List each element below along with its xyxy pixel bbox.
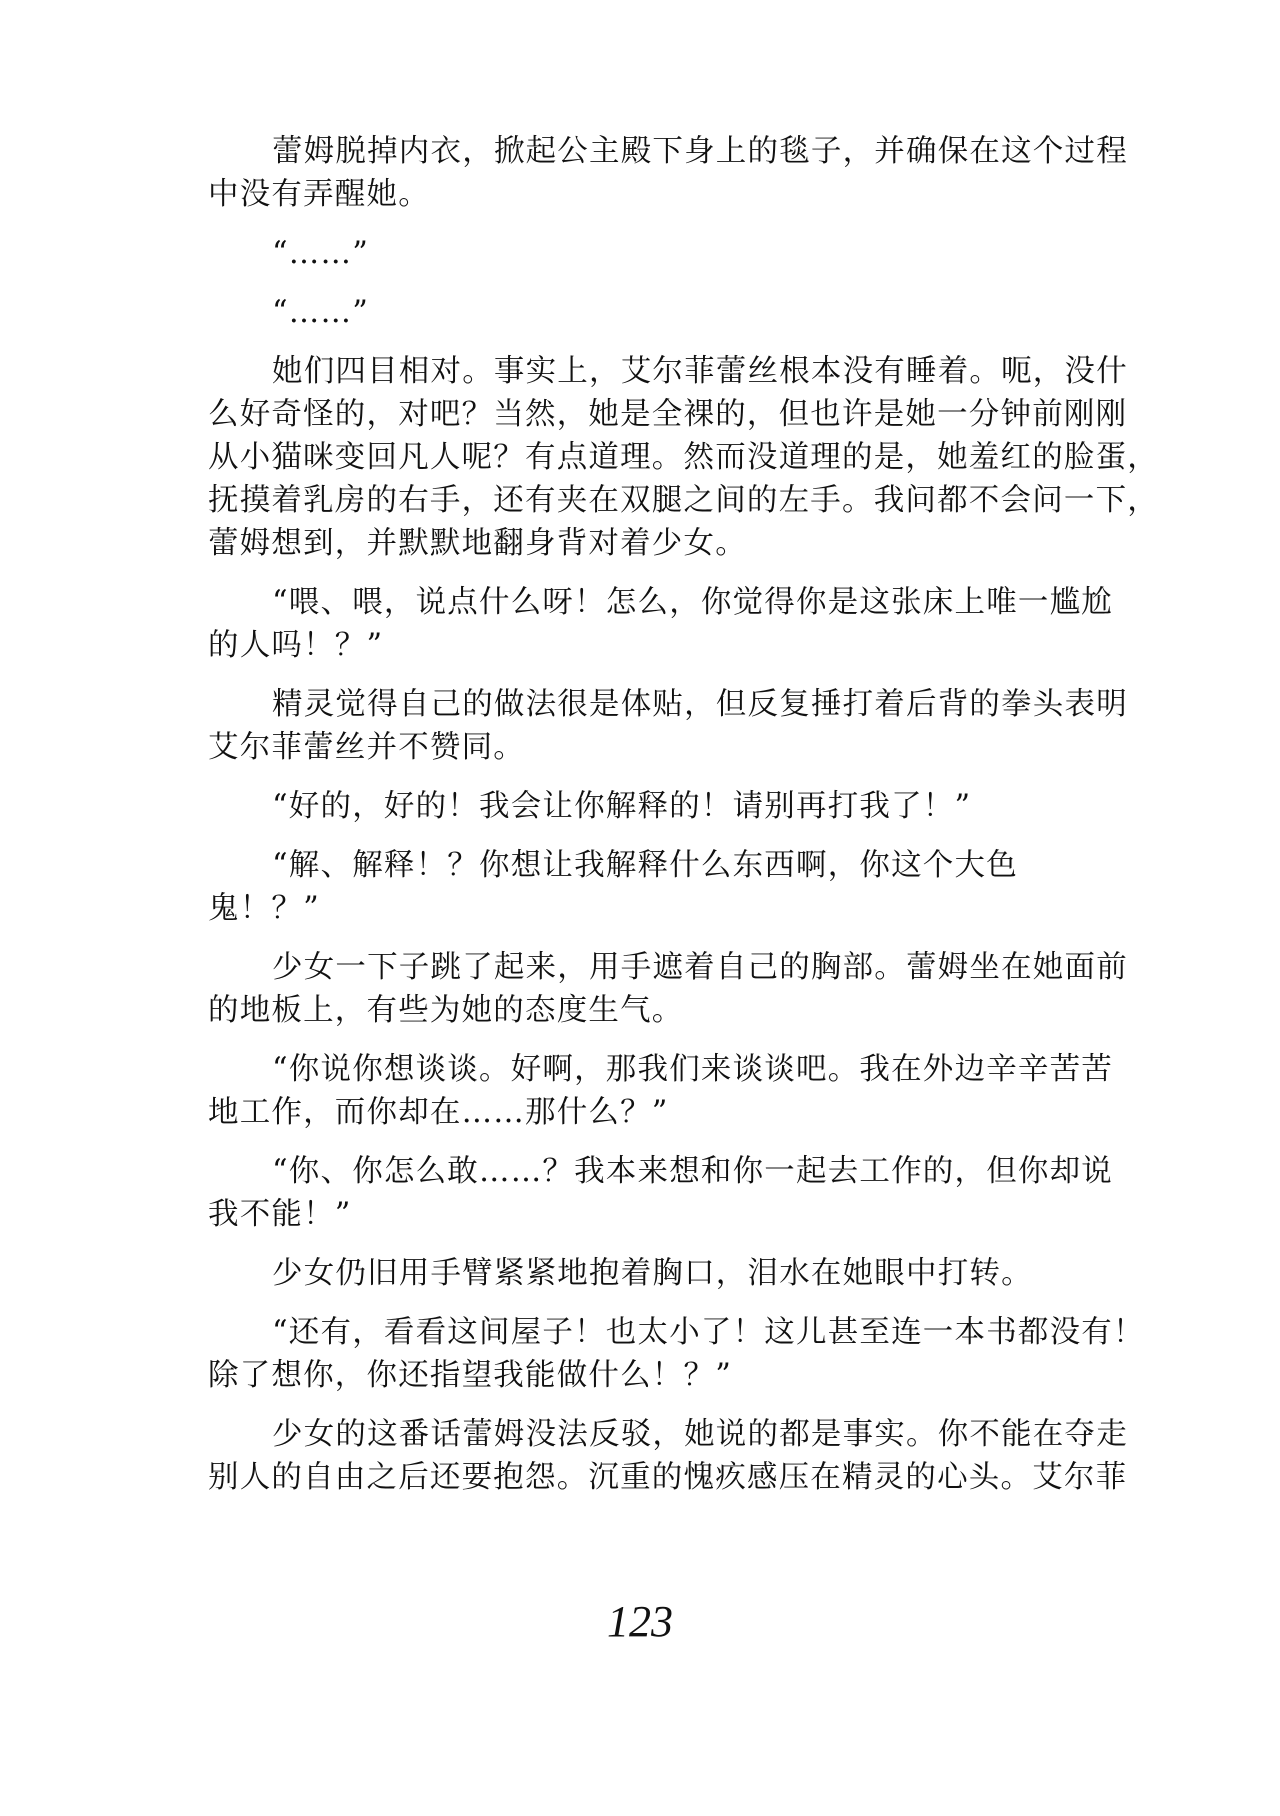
text-line: 蕾姆脱掉内衣，掀起公主殿下身上的毯子，并确保在这个过程 bbox=[208, 130, 1138, 173]
paragraph: 蕾姆脱掉内衣，掀起公主殿下身上的毯子，并确保在这个过程 中没有弄醒她。 bbox=[208, 130, 1138, 216]
dialogue-paragraph: “解、解释！？你想让我解释什么东西啊，你这个大色 鬼！？” bbox=[208, 844, 1138, 930]
dialogue-paragraph: “……” bbox=[208, 232, 1138, 275]
body-text: 蕾姆脱掉内衣，掀起公主殿下身上的毯子，并确保在这个过程 中没有弄醒她。 “……”… bbox=[208, 130, 1138, 1515]
text-line: “你、你怎么敢……？我本来想和你一起去工作的，但你却说 bbox=[208, 1150, 1138, 1193]
text-line: “解、解释！？你想让我解释什么东西啊，你这个大色 bbox=[208, 844, 1138, 887]
text-line: 除了想你，你还指望我能做什么！？” bbox=[208, 1354, 1138, 1397]
paragraph: 少女的这番话蕾姆没法反驳，她说的都是事实。你不能在夺走 别人的自由之后还要抱怨。… bbox=[208, 1413, 1138, 1499]
dialogue-paragraph: “你、你怎么敢……？我本来想和你一起去工作的，但你却说 我不能！” bbox=[208, 1150, 1138, 1236]
text-line: 我不能！” bbox=[208, 1193, 1138, 1236]
text-line: 少女仍旧用手臂紧紧地抱着胸口，泪水在她眼中打转。 bbox=[208, 1252, 1138, 1295]
text-line: 的地板上，有些为她的态度生气。 bbox=[208, 989, 1138, 1032]
dialogue-paragraph: “还有，看看这间屋子！也太小了！这儿甚至连一本书都没有！ 除了想你，你还指望我能… bbox=[208, 1311, 1138, 1397]
paragraph: 她们四目相对。事实上，艾尔菲蕾丝根本没有睡着。呃，没什 么好奇怪的，对吧？当然，… bbox=[208, 350, 1138, 565]
text-line: 中没有弄醒她。 bbox=[208, 173, 1138, 216]
paragraph: 精灵觉得自己的做法很是体贴，但反复捶打着后背的拳头表明 艾尔菲蕾丝并不赞同。 bbox=[208, 683, 1138, 769]
text-line: 鬼！？” bbox=[208, 887, 1138, 930]
text-line: 的人吗！？” bbox=[208, 624, 1138, 667]
text-line: “还有，看看这间屋子！也太小了！这儿甚至连一本书都没有！ bbox=[208, 1311, 1138, 1354]
dialogue-paragraph: “……” bbox=[208, 291, 1138, 334]
text-line: 从小猫咪变回凡人呢？有点道理。然而没道理的是，她羞红的脸蛋， bbox=[208, 436, 1138, 479]
text-line: “你说你想谈谈。好啊，那我们来谈谈吧。我在外边辛辛苦苦 bbox=[208, 1048, 1138, 1091]
text-line: “……” bbox=[208, 291, 1138, 334]
paragraph: 少女一下子跳了起来，用手遮着自己的胸部。蕾姆坐在她面前 的地板上，有些为她的态度… bbox=[208, 946, 1138, 1032]
text-line: 蕾姆想到，并默默地翻身背对着少女。 bbox=[208, 522, 1138, 565]
text-line: “好的，好的！我会让你解释的！请别再打我了！” bbox=[208, 785, 1138, 828]
text-line: “……” bbox=[208, 232, 1138, 275]
dialogue-paragraph: “喂、喂，说点什么呀！怎么，你觉得你是这张床上唯一尴尬 的人吗！？” bbox=[208, 581, 1138, 667]
dialogue-paragraph: “你说你想谈谈。好啊，那我们来谈谈吧。我在外边辛辛苦苦 地工作，而你却在……那什… bbox=[208, 1048, 1138, 1134]
text-line: 少女一下子跳了起来，用手遮着自己的胸部。蕾姆坐在她面前 bbox=[208, 946, 1138, 989]
page-number: 123 bbox=[0, 1596, 1280, 1647]
text-line: 地工作，而你却在……那什么？” bbox=[208, 1091, 1138, 1134]
text-line: “喂、喂，说点什么呀！怎么，你觉得你是这张床上唯一尴尬 bbox=[208, 581, 1138, 624]
text-line: 抚摸着乳房的右手，还有夹在双腿之间的左手。我问都不会问一下， bbox=[208, 479, 1138, 522]
text-line: 么好奇怪的，对吧？当然，她是全裸的，但也许是她一分钟前刚刚 bbox=[208, 393, 1138, 436]
text-line: 艾尔菲蕾丝并不赞同。 bbox=[208, 726, 1138, 769]
text-line: 少女的这番话蕾姆没法反驳，她说的都是事实。你不能在夺走 bbox=[208, 1413, 1138, 1456]
text-line: 精灵觉得自己的做法很是体贴，但反复捶打着后背的拳头表明 bbox=[208, 683, 1138, 726]
dialogue-paragraph: “好的，好的！我会让你解释的！请别再打我了！” bbox=[208, 785, 1138, 828]
text-line: 她们四目相对。事实上，艾尔菲蕾丝根本没有睡着。呃，没什 bbox=[208, 350, 1138, 393]
paragraph: 少女仍旧用手臂紧紧地抱着胸口，泪水在她眼中打转。 bbox=[208, 1252, 1138, 1295]
text-line: 别人的自由之后还要抱怨。沉重的愧疚感压在精灵的心头。艾尔菲 bbox=[208, 1456, 1138, 1499]
book-page: 蕾姆脱掉内衣，掀起公主殿下身上的毯子，并确保在这个过程 中没有弄醒她。 “……”… bbox=[0, 0, 1280, 1816]
